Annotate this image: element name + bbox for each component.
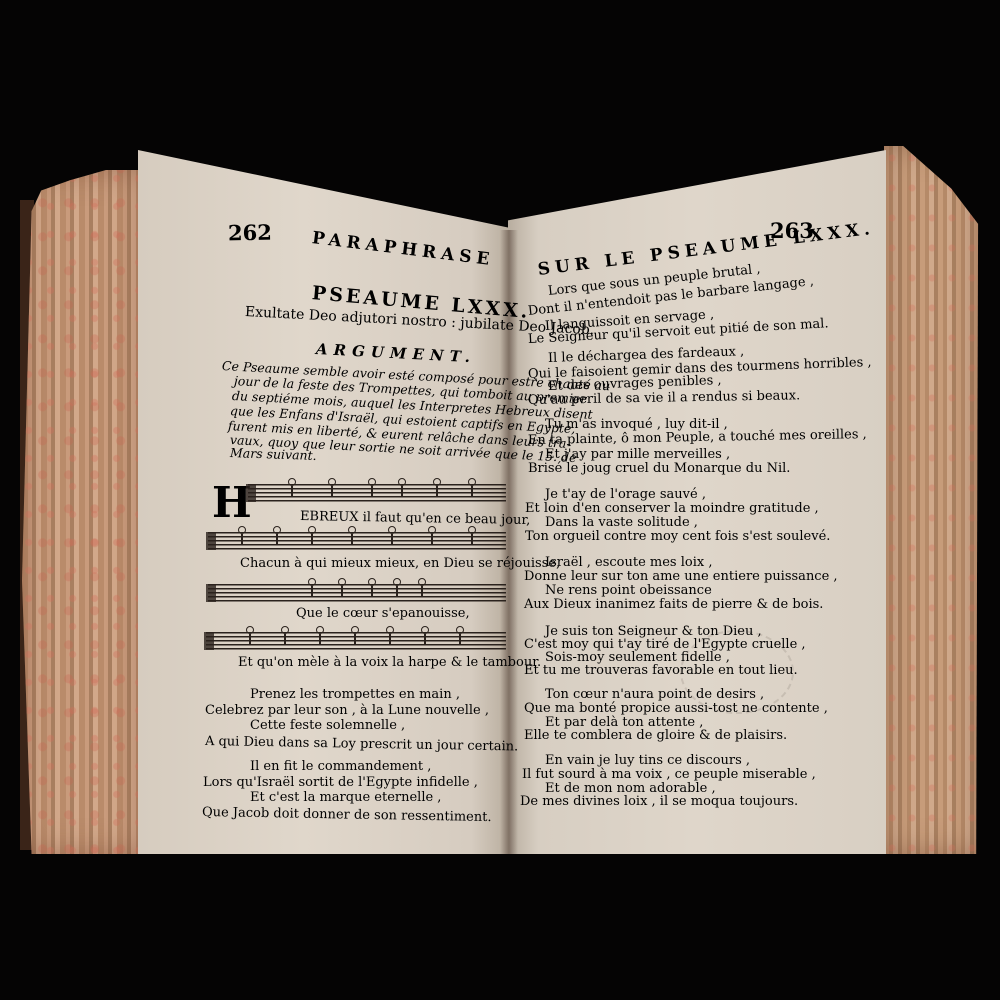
verse-line: Il en fit le commandement , <box>250 760 431 773</box>
note-icon <box>281 626 289 634</box>
page-number-left: 262 <box>228 222 272 244</box>
clef-icon <box>204 632 214 650</box>
note-icon <box>308 526 316 534</box>
note-icon <box>288 478 296 486</box>
verse-line: Celebrez par leur son , à la Lune nouvel… <box>205 704 489 717</box>
verse-line: Je t'ay de l'orage sauvé , <box>545 488 706 501</box>
music-staff <box>248 484 506 502</box>
verse-line: Aux Dieux inanimez faits de pierre & de … <box>524 598 823 611</box>
note-icon <box>316 626 324 634</box>
verse-line: Dans la vaste solitude , <box>545 516 698 529</box>
lyric-line: Chacun à qui mieux mieux, en Dieu se réj… <box>240 557 560 570</box>
verse-line: En vain je luy tins ce discours , <box>545 754 750 767</box>
note-icon <box>368 478 376 486</box>
note-icon <box>238 526 246 534</box>
note-icon <box>308 578 316 586</box>
verse-line: Brisé le joug cruel du Monarque du Nil. <box>528 462 790 475</box>
verse-line: Prenez les trompettes en main , <box>250 688 460 701</box>
note-icon <box>398 478 406 486</box>
argument-line: Mars suivant. <box>230 447 317 463</box>
clef-icon <box>206 532 216 550</box>
verse-line: Il fut sourd à ma voix , ce peuple miser… <box>522 768 816 781</box>
verse-line: Ton cœur n'aura point de desirs , <box>545 688 764 701</box>
photo-scene: 262 PARAPHRASE PSEAUME LXXX. Exultate De… <box>0 0 1000 1000</box>
lyric-line: Et qu'on mèle à la voix la harpe & le ta… <box>238 656 541 669</box>
verse-line: Elle te comblera de gloire & de plaisirs… <box>524 729 787 742</box>
note-icon <box>386 626 394 634</box>
clef-icon <box>246 484 256 502</box>
note-icon <box>368 578 376 586</box>
verse-line: De mes divines loix , il se moqua toujou… <box>520 795 798 808</box>
verse-line: Cette feste solemnelle , <box>250 719 405 732</box>
note-icon <box>348 526 356 534</box>
music-staff <box>206 632 506 650</box>
note-icon <box>421 626 429 634</box>
verse-line: Et j'ay par mille merveilles , <box>545 448 730 461</box>
verse-line: Lors qu'Israël sortit de l'Egypte infide… <box>203 776 478 789</box>
verse-line: Que ma bonté propice aussi-tost ne conte… <box>524 702 828 715</box>
note-icon <box>428 526 436 534</box>
right-page-edges <box>884 146 980 854</box>
note-icon <box>338 578 346 586</box>
music-staff <box>208 584 506 602</box>
music-staff <box>208 532 506 550</box>
clef-icon <box>206 584 216 602</box>
lyric-line: Que le cœur s'epanouisse, <box>296 607 470 620</box>
note-icon <box>418 578 426 586</box>
note-icon <box>388 526 396 534</box>
verse-line: Et c'est la marque eternelle , <box>250 791 441 804</box>
note-icon <box>246 626 254 634</box>
verse-line: Et tu me trouveras favorable en tout lie… <box>524 664 798 677</box>
verse-line: Et loin d'en conserver la moindre gratit… <box>525 502 819 515</box>
verse-line: Israël , escoute mes loix , <box>545 556 712 569</box>
note-icon <box>351 626 359 634</box>
note-icon <box>273 526 281 534</box>
note-icon <box>328 478 336 486</box>
page-number-right: 263 <box>770 220 814 241</box>
note-icon <box>393 578 401 586</box>
note-icon <box>433 478 441 486</box>
note-icon <box>468 526 476 534</box>
verse-line: Donne leur sur ton ame une entiere puiss… <box>524 570 838 583</box>
verse-line: Ton orgueil contre moy cent fois s'est s… <box>525 530 830 543</box>
lyric-line: EBREUX il faut qu'en ce beau jour, <box>300 510 531 527</box>
note-icon <box>456 626 464 634</box>
verse-line: Ne rens point obeissance <box>545 584 712 597</box>
left-page-edges <box>22 170 142 854</box>
note-icon <box>468 478 476 486</box>
